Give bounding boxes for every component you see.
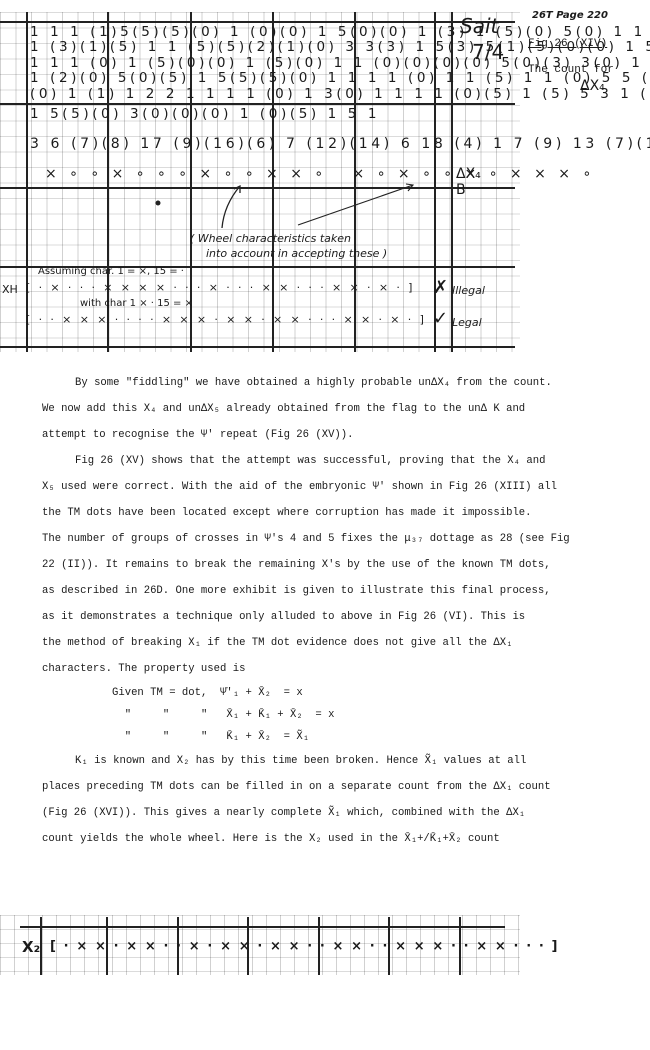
illegal-label: Illegal (452, 284, 485, 297)
equation-line: Given TM = dot, Ψ̄'₁ + X̄₂ = x (112, 682, 635, 704)
paragraph-line: 22 (II)). It remains to break the remain… (42, 552, 635, 578)
paragraph-line: attempt to recognise the Ψ' repeat (Fig … (42, 422, 635, 448)
arrow-annotations (0, 0, 480, 352)
x2-label: X₂ (22, 938, 40, 956)
paragraph-line: By some "fiddling" we have obtained a hi… (75, 370, 635, 396)
legal-row: [ · · × × × · · · · × × × · × × · × × · … (26, 313, 426, 326)
paragraph-line: the TM dots have been located except whe… (42, 500, 635, 526)
paragraph-line: the method of breaking X₁ if the TM dot … (42, 630, 635, 656)
paragraph-line: (Fig 26 (XVI)). This gives a nearly comp… (42, 800, 635, 826)
paragraph-line: Fig 26 (XV) shows that the attempt was s… (75, 448, 635, 474)
paragraph-line: as it demonstrates a technique only allu… (42, 604, 635, 630)
annotation-line1: ( Wheel characteristics taken (190, 232, 351, 245)
paragraph-line: The number of groups of crosses in Ψ's 4… (42, 526, 635, 552)
equation-line: " " " X̄₁ + K̄₁ + X̄₂ = x (112, 704, 635, 726)
x2-sequence: [ · × × · × × · · × · × × · × × · · × × … (50, 939, 559, 954)
illegal-row: [ · × · · · × × × × · · · × · · · × × · … (26, 281, 415, 294)
body-text: By some "fiddling" we have obtained a hi… (75, 370, 635, 852)
page-reference: 26T Page 220 (532, 10, 608, 21)
legal-label: Legal (452, 316, 482, 329)
paragraph-line: count yields the whole wheel. Here is th… (42, 826, 635, 852)
paragraph-line: K₁ is known and X₂ has by this time been… (75, 748, 635, 774)
paragraph-line: X₅ used were correct. With the aid of th… (42, 474, 635, 500)
figure-label: Fig 26 (XIV) (528, 38, 607, 50)
illegal-mark: ✗ (433, 277, 448, 298)
caption-line1: The count for (528, 64, 614, 76)
caption-symbol: ΔX₄ (580, 78, 605, 94)
x2-wheel-strip: X₂ [ · × × · × × · · × · × × · × × · · ×… (0, 915, 520, 975)
paragraph-line: as described in 26D. One more exhibit is… (42, 578, 635, 604)
equation-line: " " " K̄₁ + X̄₂ = X̃₁ (112, 726, 635, 748)
legal-mark: ✓ (433, 308, 448, 329)
paragraph-line: places preceding TM dots can be filled i… (42, 774, 635, 800)
assumption-1: Assuming char. 1 = ×, 15 = · (38, 266, 184, 277)
count-figure: 1 1 1 (1)5(5)(5)(0) 1 (0)(0) 1 5(0)(0) 1… (0, 0, 480, 352)
paragraph-line: characters. The property used is (42, 656, 635, 682)
paragraph-line: We now add this X₄ and unΔX₅ already obt… (42, 396, 635, 422)
assumption-2: with char 1 × · 15 = × (80, 298, 193, 309)
annotation-line2: into account in accepting these ) (206, 247, 387, 260)
row-label-xh: XH (2, 283, 18, 296)
